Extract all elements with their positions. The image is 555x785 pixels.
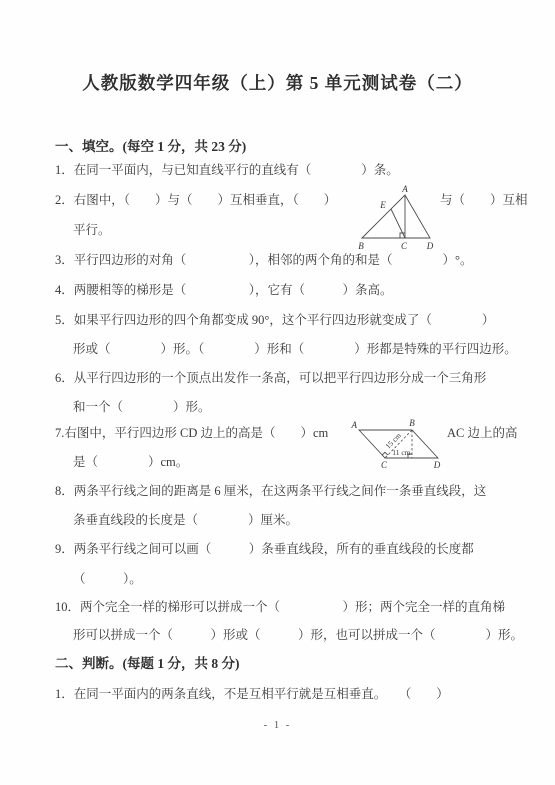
- parallelogram-label-a: A: [351, 420, 358, 430]
- parallelogram-label-c: C: [381, 460, 388, 469]
- section2-heading: 二、判断。(每题 1 分，共 8 分): [55, 654, 240, 674]
- s1-q2-line1b: 与（ ）互相: [440, 190, 528, 210]
- parallelogram-figure: 15 cm 11 cm A B C D: [348, 417, 443, 469]
- s1-q3-line1: 3．平行四边形的对角（ ），相邻的两个角的和是（ ）°。: [55, 250, 473, 270]
- test-paper-page: 人教版数学四年级（上）第 5 单元测试卷（二） 一、填空。(每空 1 分，共 2…: [0, 0, 555, 785]
- section1-heading: 一、填空。(每空 1 分，共 23 分): [55, 137, 246, 157]
- page-title: 人教版数学四年级（上）第 5 单元测试卷（二）: [0, 70, 555, 95]
- page-number: - 1 -: [0, 720, 555, 731]
- s1-q6-line2: 和一个（ ）形。: [73, 397, 211, 417]
- s1-q8-line2: 条垂直线段的长度是（ ）厘米。: [73, 510, 298, 530]
- segment-ec-line: [391, 209, 405, 238]
- s1-q4-line1: 4．两腰相等的梯形是（ ），它有（ ）条高。: [55, 280, 393, 300]
- s1-q5-line1: 5．如果平行四边形的四个角都变成 90°，这个平行四边形就变成了（ ）: [55, 310, 494, 330]
- s1-q2-line2: 平行。: [73, 220, 111, 240]
- s1-q7-line2: 是（ ）cm。: [73, 452, 188, 472]
- s1-q10-line1: 10．两个完全一样的梯形可以拼成一个（ ）形；两个完全一样的直角梯: [55, 597, 505, 617]
- s1-q10-line2: 形可以拼成一个（ ）形或（ ）形，也可以拼成一个（ ）形。: [73, 625, 523, 645]
- s1-q6-line1: 6．从平行四边形的一个顶点出发作一条高，可以把平行四边形分成一个三角形: [55, 368, 486, 388]
- s2-q1-line1: 1．在同一平面内的两条直线，不是互相平行就是互相垂直。 （ ）: [55, 684, 449, 704]
- right-angle-mark-ac: [382, 452, 388, 455]
- parallelogram-label-b: B: [409, 418, 415, 428]
- s1-q2-line1a: 2．右图中，（ ）与（ ）互相垂直，（ ）: [55, 190, 336, 210]
- triangle-label-a: A: [401, 184, 408, 194]
- s1-q7-line1a: 7.右图中，平行四边形 CD 边上的高是（ ）cm: [55, 423, 328, 443]
- triangle-outline: [362, 195, 430, 238]
- s1-q9-line1: 9．两条平行线之间可以画（ ）条垂直线段，所有的垂直线段的长度都: [55, 539, 474, 559]
- parallelogram-label-d: D: [433, 460, 441, 469]
- triangle-figure: A E B C D: [356, 183, 436, 251]
- s1-q8-line1: 8．两条平行线之间的距离是 6 厘米，在这两条平行线之间作一条垂直线段，这: [55, 481, 486, 501]
- height-cd-label: 11 cm: [392, 448, 410, 457]
- triangle-label-e: E: [379, 200, 386, 210]
- s1-q5-line2: 形或（ ）形。（ ）形和（ ）形都是特殊的平行四边形。: [73, 339, 517, 359]
- s1-q1-line1: 1．在同一平面内，与已知直线平行的直线有（ ）条。: [55, 160, 399, 180]
- s1-q9-line2: （ ）。: [73, 569, 142, 589]
- s1-q7-line1b: AC 边上的高: [447, 423, 518, 443]
